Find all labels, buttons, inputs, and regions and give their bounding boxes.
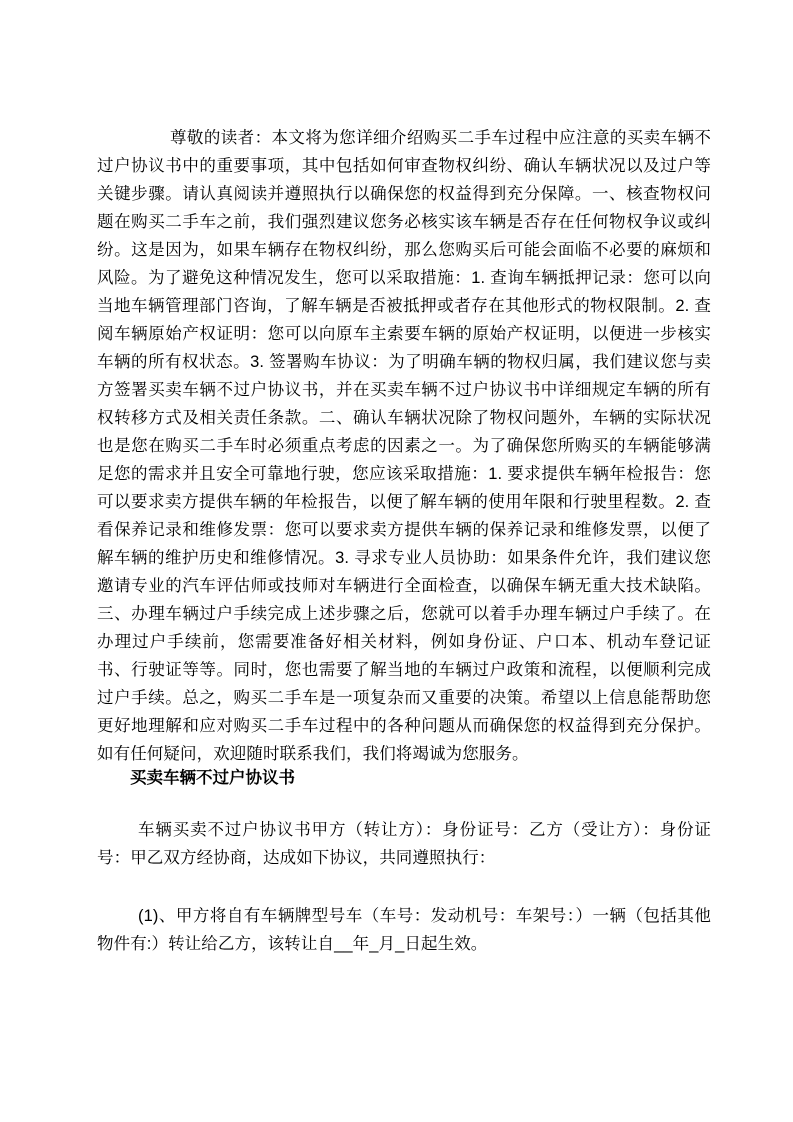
clause-1-paragraph: (1)、甲方将自有车辆牌型号车（车号：发动机号：车架号：）一辆（包括其他物件有:… [97, 902, 711, 958]
document-page: 尊敬的读者：本文将为您详细介绍购买二手车过程中应注意的买卖车辆不过户协议书中的重… [0, 0, 793, 1122]
parties-paragraph: 车辆买卖不过户协议书甲方（转让方）：身份证号：乙方（受让方）：身份证号：甲乙双方… [97, 816, 711, 872]
intro-paragraph: 尊敬的读者：本文将为您详细介绍购买二手车过程中应注意的买卖车辆不过户协议书中的重… [97, 124, 711, 768]
agreement-title: 买卖车辆不过户协议书 [97, 764, 711, 792]
